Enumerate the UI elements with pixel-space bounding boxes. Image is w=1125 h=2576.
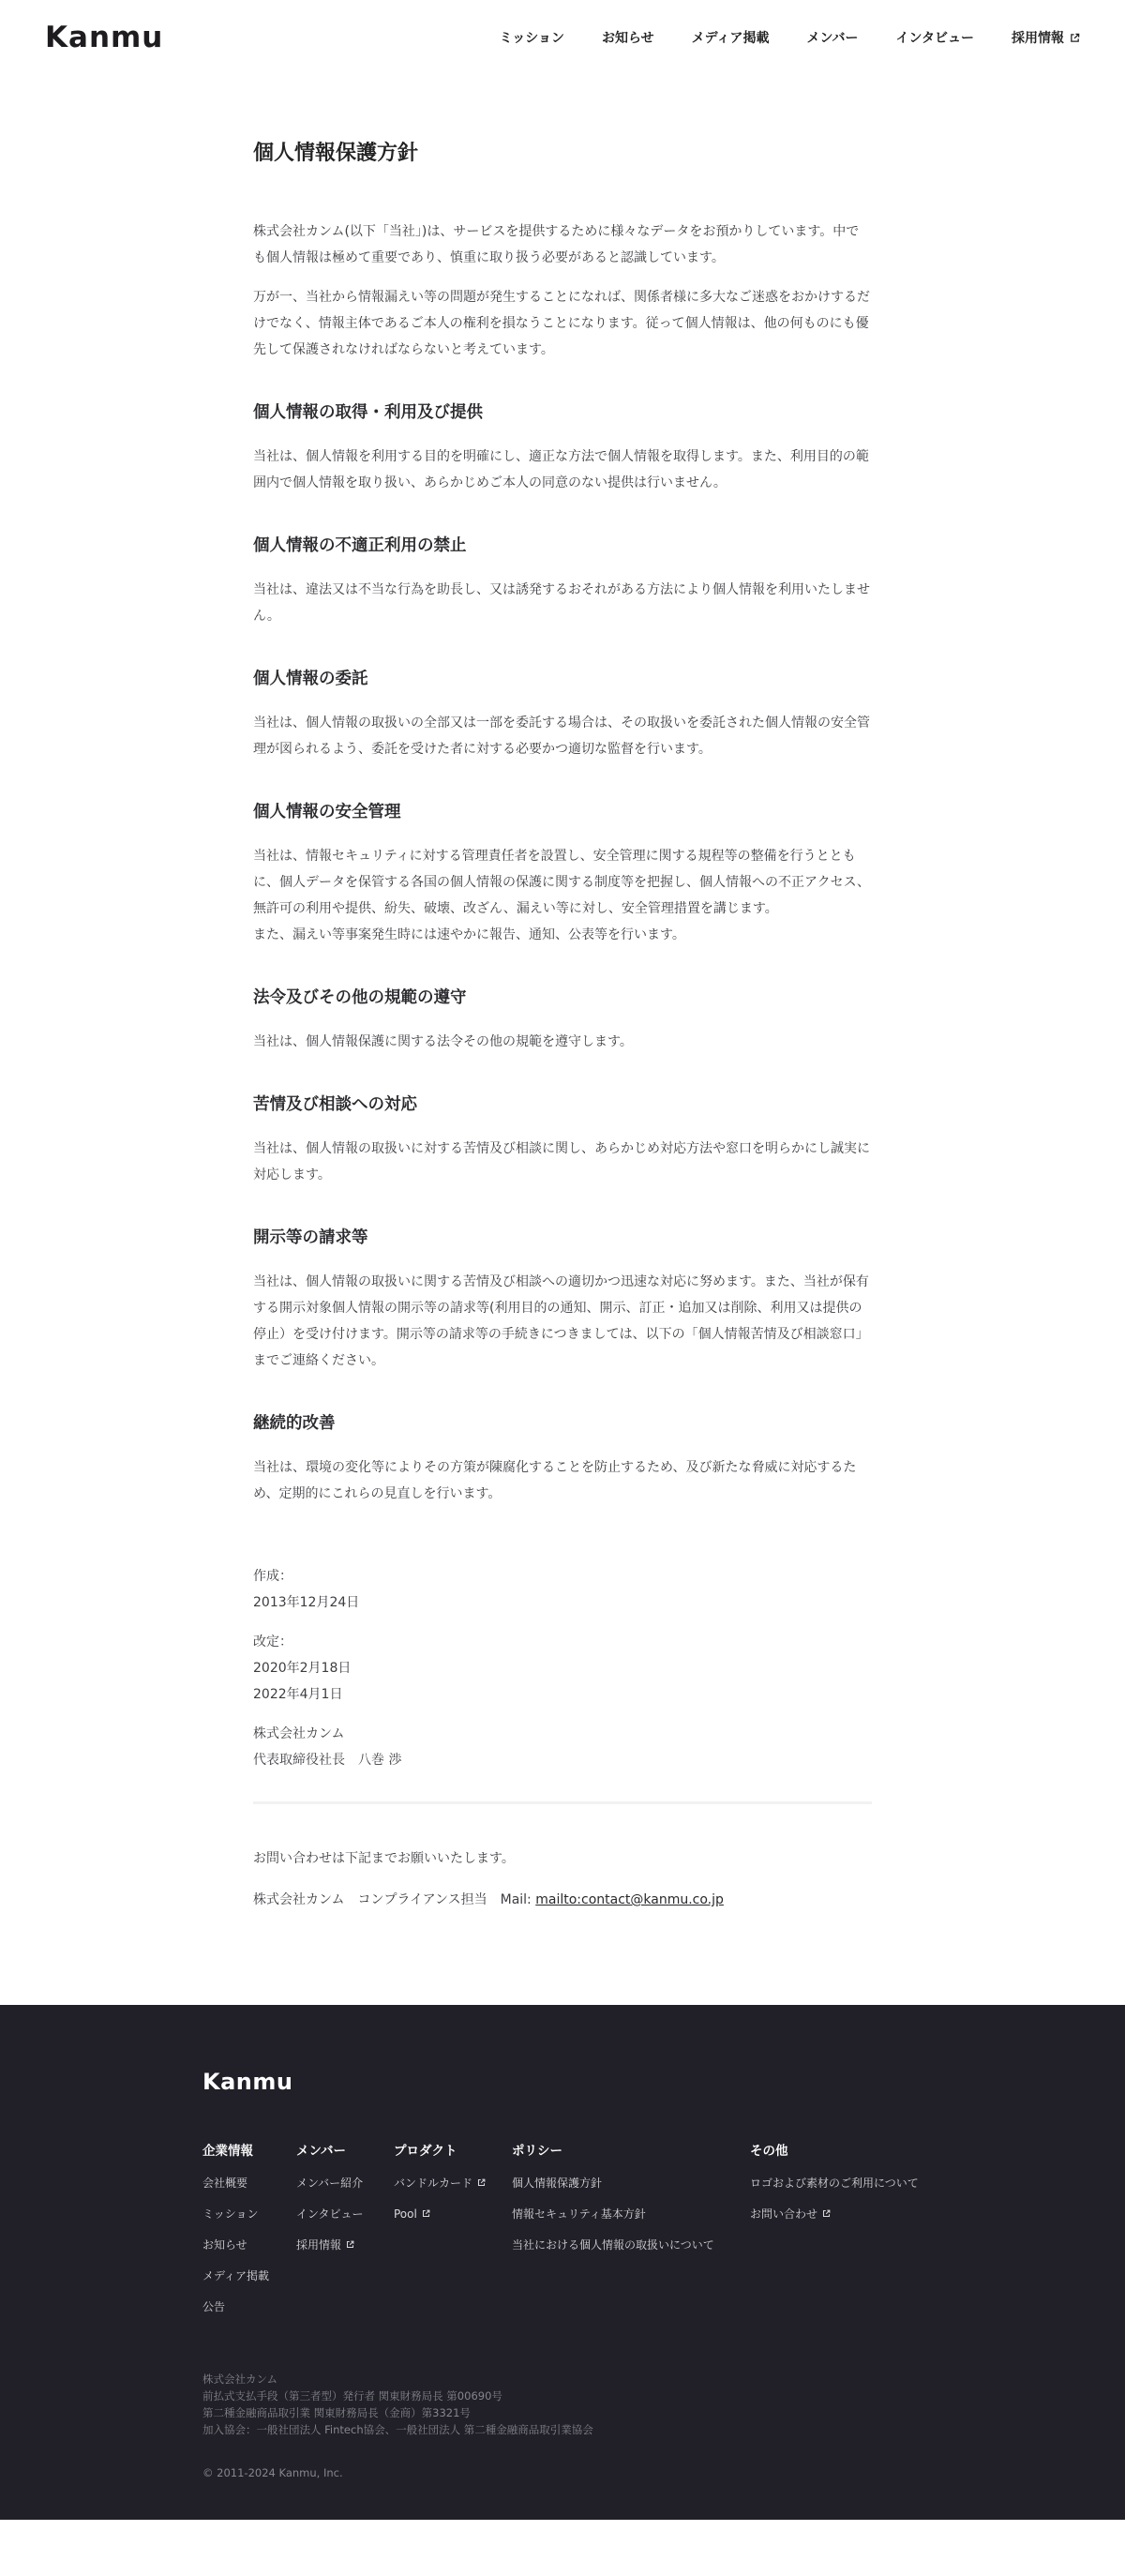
link-label: メディア掲載	[202, 2268, 269, 2283]
legal-company: 株式会社カンム	[202, 2371, 593, 2388]
legal-associations: 加入協会：一般社団法人 Fintech協会、一般社団法人 第二種金融商品取引業協…	[202, 2421, 593, 2438]
section-title: 苦情及び相談への対応	[253, 1092, 872, 1117]
created-block: 作成： 2013年12月24日	[253, 1563, 872, 1616]
footer-link-member-intro[interactable]: メンバー紹介	[296, 2176, 394, 2207]
section-body: 当社は、個人情報の取扱いに対する苦情及び相談に関し、あらかじめ対応方法や窓口を明…	[253, 1136, 872, 1188]
footer-link-bandlecard[interactable]: バンドルカード	[394, 2176, 512, 2207]
footer-link-notice[interactable]: 公告	[202, 2299, 296, 2330]
section-improvement: 継続的改善 当社は、環境の変化等によりその方策が陳腐化することを防止するため、及…	[253, 1411, 872, 1507]
footer-link-interview[interactable]: インタビュー	[296, 2207, 394, 2237]
link-label: ミッション	[202, 2207, 259, 2222]
revised-date: 2020年2月18日	[253, 1655, 872, 1681]
external-link-icon	[822, 2209, 831, 2218]
section-complaints: 苦情及び相談への対応 当社は、個人情報の取扱いに対する苦情及び相談に関し、あらか…	[253, 1092, 872, 1188]
contact-info: 株式会社カンム コンプライアンス担当 Mail: mailto:contact@…	[253, 1887, 872, 1913]
footer-col-members: メンバー メンバー紹介 インタビュー 採用情報	[296, 2140, 394, 2330]
footer-col-policy: ポリシー 個人情報保護方針 情報セキュリティ基本方針 当社における個人情報の取扱…	[512, 2140, 750, 2330]
link-label: 当社における個人情報の取扱いについて	[512, 2237, 714, 2252]
legal-registration: 前払式支払手段（第三者型）発行者 関東財務局長 第00690号	[202, 2388, 593, 2404]
link-label: 採用情報	[296, 2237, 341, 2252]
section-body: 当社は、情報セキュリティに対する管理責任者を設置し、安全管理に関する規程等の整備…	[253, 843, 872, 922]
company-name: 株式会社カンム	[253, 1721, 872, 1747]
footer-link-media[interactable]: メディア掲載	[202, 2268, 296, 2299]
page-title: 個人情報保護方針	[253, 137, 872, 166]
nav-recruit[interactable]: 採用情報	[1012, 28, 1080, 47]
footer-col-company: 企業情報 会社概要 ミッション お知らせ メディア掲載 公告	[202, 2140, 296, 2330]
section-body: 当社は、環境の変化等によりその方策が陳腐化することを防止するため、及び新たな脅威…	[253, 1454, 872, 1507]
contact-prefix: 株式会社カンム コンプライアンス担当 Mail:	[253, 1892, 535, 1907]
legal-registration: 第二種金融商品取引業 関東財務局長（金商）第3321号	[202, 2404, 593, 2421]
footer-kanmu-logo[interactable]: Kanmu	[202, 2069, 292, 2095]
nav-media[interactable]: メディア掲載	[692, 28, 770, 47]
created-label: 作成：	[253, 1563, 872, 1589]
section-body: また、漏えい等事案発生時には速やかに報告、通知、公表等を行います。	[253, 922, 872, 948]
section-body: 当社は、個人情報の取扱いの全部又は一部を委託する場合は、その取扱いを委託された個…	[253, 710, 872, 762]
section-outsourcing: 個人情報の委託 当社は、個人情報の取扱いの全部又は一部を委託する場合は、その取扱…	[253, 667, 872, 762]
intro-paragraph: 株式会社カンム(以下「当社」)は、サービスを提供するために様々なデータをお預かり…	[253, 218, 872, 271]
footer-col-heading: メンバー	[296, 2140, 394, 2159]
external-link-icon	[1070, 33, 1080, 43]
link-label: 情報セキュリティ基本方針	[512, 2207, 646, 2222]
nav-interview[interactable]: インタビュー	[896, 28, 974, 47]
section-disclosure: 開示等の請求等 当社は、個人情報の取扱いに関する苦情及び相談への適切かつ迅速な対…	[253, 1226, 872, 1374]
section-title: 個人情報の安全管理	[253, 800, 872, 824]
nav-label: 採用情報	[1012, 28, 1064, 47]
revised-label: 改定：	[253, 1629, 872, 1655]
link-label: インタビュー	[296, 2207, 364, 2222]
external-link-icon	[346, 2240, 354, 2249]
footer-link-personal-info-handling[interactable]: 当社における個人情報の取扱いについて	[512, 2237, 750, 2268]
link-label: メンバー紹介	[296, 2176, 363, 2191]
section-title: 法令及びその他の規範の遵守	[253, 986, 872, 1010]
legal-info: 株式会社カンム 前払式支払手段（第三者型）発行者 関東財務局長 第00690号 …	[202, 2371, 593, 2438]
signatory: 代表取締役社長 八巻 渉	[253, 1747, 872, 1773]
section-body: 当社は、違法又は不当な行為を助長し、又は誘発するおそれがある方法により個人情報を…	[253, 577, 872, 629]
external-link-icon	[422, 2209, 430, 2218]
copyright: © 2011-2024 Kanmu, Inc.	[202, 2466, 343, 2479]
footer-link-pool[interactable]: Pool	[394, 2207, 512, 2237]
section-acquisition: 個人情報の取得・利用及び提供 当社は、個人情報を利用する目的を明確にし、適正な方…	[253, 400, 872, 496]
divider	[253, 1801, 872, 1804]
section-title: 開示等の請求等	[253, 1226, 872, 1250]
signature-block: 株式会社カンム 代表取締役社長 八巻 渉	[253, 1721, 872, 1773]
section-title: 個人情報の不適正利用の禁止	[253, 534, 872, 558]
footer-col-heading: ポリシー	[512, 2140, 750, 2159]
nav-label: お知らせ	[602, 28, 654, 47]
footer-link-security-policy[interactable]: 情報セキュリティ基本方針	[512, 2207, 750, 2237]
footer-link-recruit[interactable]: 採用情報	[296, 2237, 394, 2268]
link-label: Pool	[394, 2207, 417, 2222]
section-body: 当社は、個人情報の取扱いに関する苦情及び相談への適切かつ迅速な対応に努めます。ま…	[253, 1269, 872, 1374]
main-nav: ミッション お知らせ メディア掲載 メンバー インタビュー 採用情報	[462, 28, 1080, 47]
intro-paragraph: 万が一、当社から情報漏えい等の問題が発生することになれば、関係者様に多大なご迷惑…	[253, 284, 872, 363]
section-title: 継続的改善	[253, 1411, 872, 1436]
nav-members[interactable]: メンバー	[807, 28, 859, 47]
site-footer: Kanmu 企業情報 会社概要 ミッション お知らせ メディア掲載 公告 メンバ…	[0, 2005, 1125, 2520]
section-body: 当社は、個人情報保護に関する法令その他の規範を遵守します。	[253, 1029, 872, 1055]
footer-col-heading: その他	[750, 2140, 937, 2159]
contact-intro: お問い合わせは下記までお願いいたします。	[253, 1845, 872, 1872]
section-title: 個人情報の委託	[253, 667, 872, 691]
revised-block: 改定： 2020年2月18日 2022年4月1日	[253, 1629, 872, 1708]
footer-link-logo-usage[interactable]: ロゴおよび素材のご利用について	[750, 2176, 937, 2207]
document-meta: 作成： 2013年12月24日 改定： 2020年2月18日 2022年4月1日…	[253, 1563, 872, 1773]
nav-mission[interactable]: ミッション	[500, 28, 564, 47]
footer-link-company-overview[interactable]: 会社概要	[202, 2176, 296, 2207]
nav-label: インタビュー	[896, 28, 974, 47]
revised-date: 2022年4月1日	[253, 1681, 872, 1708]
external-link-icon	[477, 2178, 486, 2187]
link-label: 個人情報保護方針	[512, 2176, 602, 2191]
link-label: 公告	[202, 2299, 225, 2314]
section-security: 個人情報の安全管理 当社は、情報セキュリティに対する管理責任者を設置し、安全管理…	[253, 800, 872, 948]
created-date: 2013年12月24日	[253, 1589, 872, 1616]
footer-col-products: プロダクト バンドルカード Pool	[394, 2140, 512, 2330]
section-misuse: 個人情報の不適正利用の禁止 当社は、違法又は不当な行為を助長し、又は誘発するおそ…	[253, 534, 872, 629]
link-label: バンドルカード	[394, 2176, 472, 2191]
footer-link-privacy-policy[interactable]: 個人情報保護方針	[512, 2176, 750, 2207]
nav-news[interactable]: お知らせ	[602, 28, 654, 47]
section-title: 個人情報の取得・利用及び提供	[253, 400, 872, 425]
nav-label: ミッション	[500, 28, 564, 47]
link-label: ロゴおよび素材のご利用について	[750, 2176, 919, 2191]
footer-col-other: その他 ロゴおよび素材のご利用について お問い合わせ	[750, 2140, 937, 2330]
link-label: お知らせ	[202, 2237, 247, 2252]
kanmu-logo[interactable]: Kanmu	[45, 21, 163, 54]
section-compliance: 法令及びその他の規範の遵守 当社は、個人情報保護に関する法令その他の規範を遵守し…	[253, 986, 872, 1055]
footer-link-mission[interactable]: ミッション	[202, 2207, 296, 2237]
footer-columns: 企業情報 会社概要 ミッション お知らせ メディア掲載 公告 メンバー メンバー…	[202, 2140, 937, 2330]
footer-col-heading: プロダクト	[394, 2140, 512, 2159]
footer-link-news[interactable]: お知らせ	[202, 2237, 296, 2268]
nav-label: メディア掲載	[692, 28, 770, 47]
policy-content: 個人情報保護方針 株式会社カンム(以下「当社」)は、サービスを提供するために様々…	[253, 75, 872, 2003]
section-body: 当社は、個人情報を利用する目的を明確にし、適正な方法で個人情報を取得します。また…	[253, 444, 872, 496]
footer-link-contact[interactable]: お問い合わせ	[750, 2207, 937, 2237]
link-label: お問い合わせ	[750, 2207, 817, 2222]
link-label: 会社概要	[202, 2176, 247, 2191]
footer-col-heading: 企業情報	[202, 2140, 296, 2159]
site-header: Kanmu ミッション お知らせ メディア掲載 メンバー インタビュー 採用情報	[0, 0, 1125, 75]
contact-email-link[interactable]: mailto:contact@kanmu.co.jp	[535, 1892, 724, 1907]
nav-label: メンバー	[807, 28, 859, 47]
